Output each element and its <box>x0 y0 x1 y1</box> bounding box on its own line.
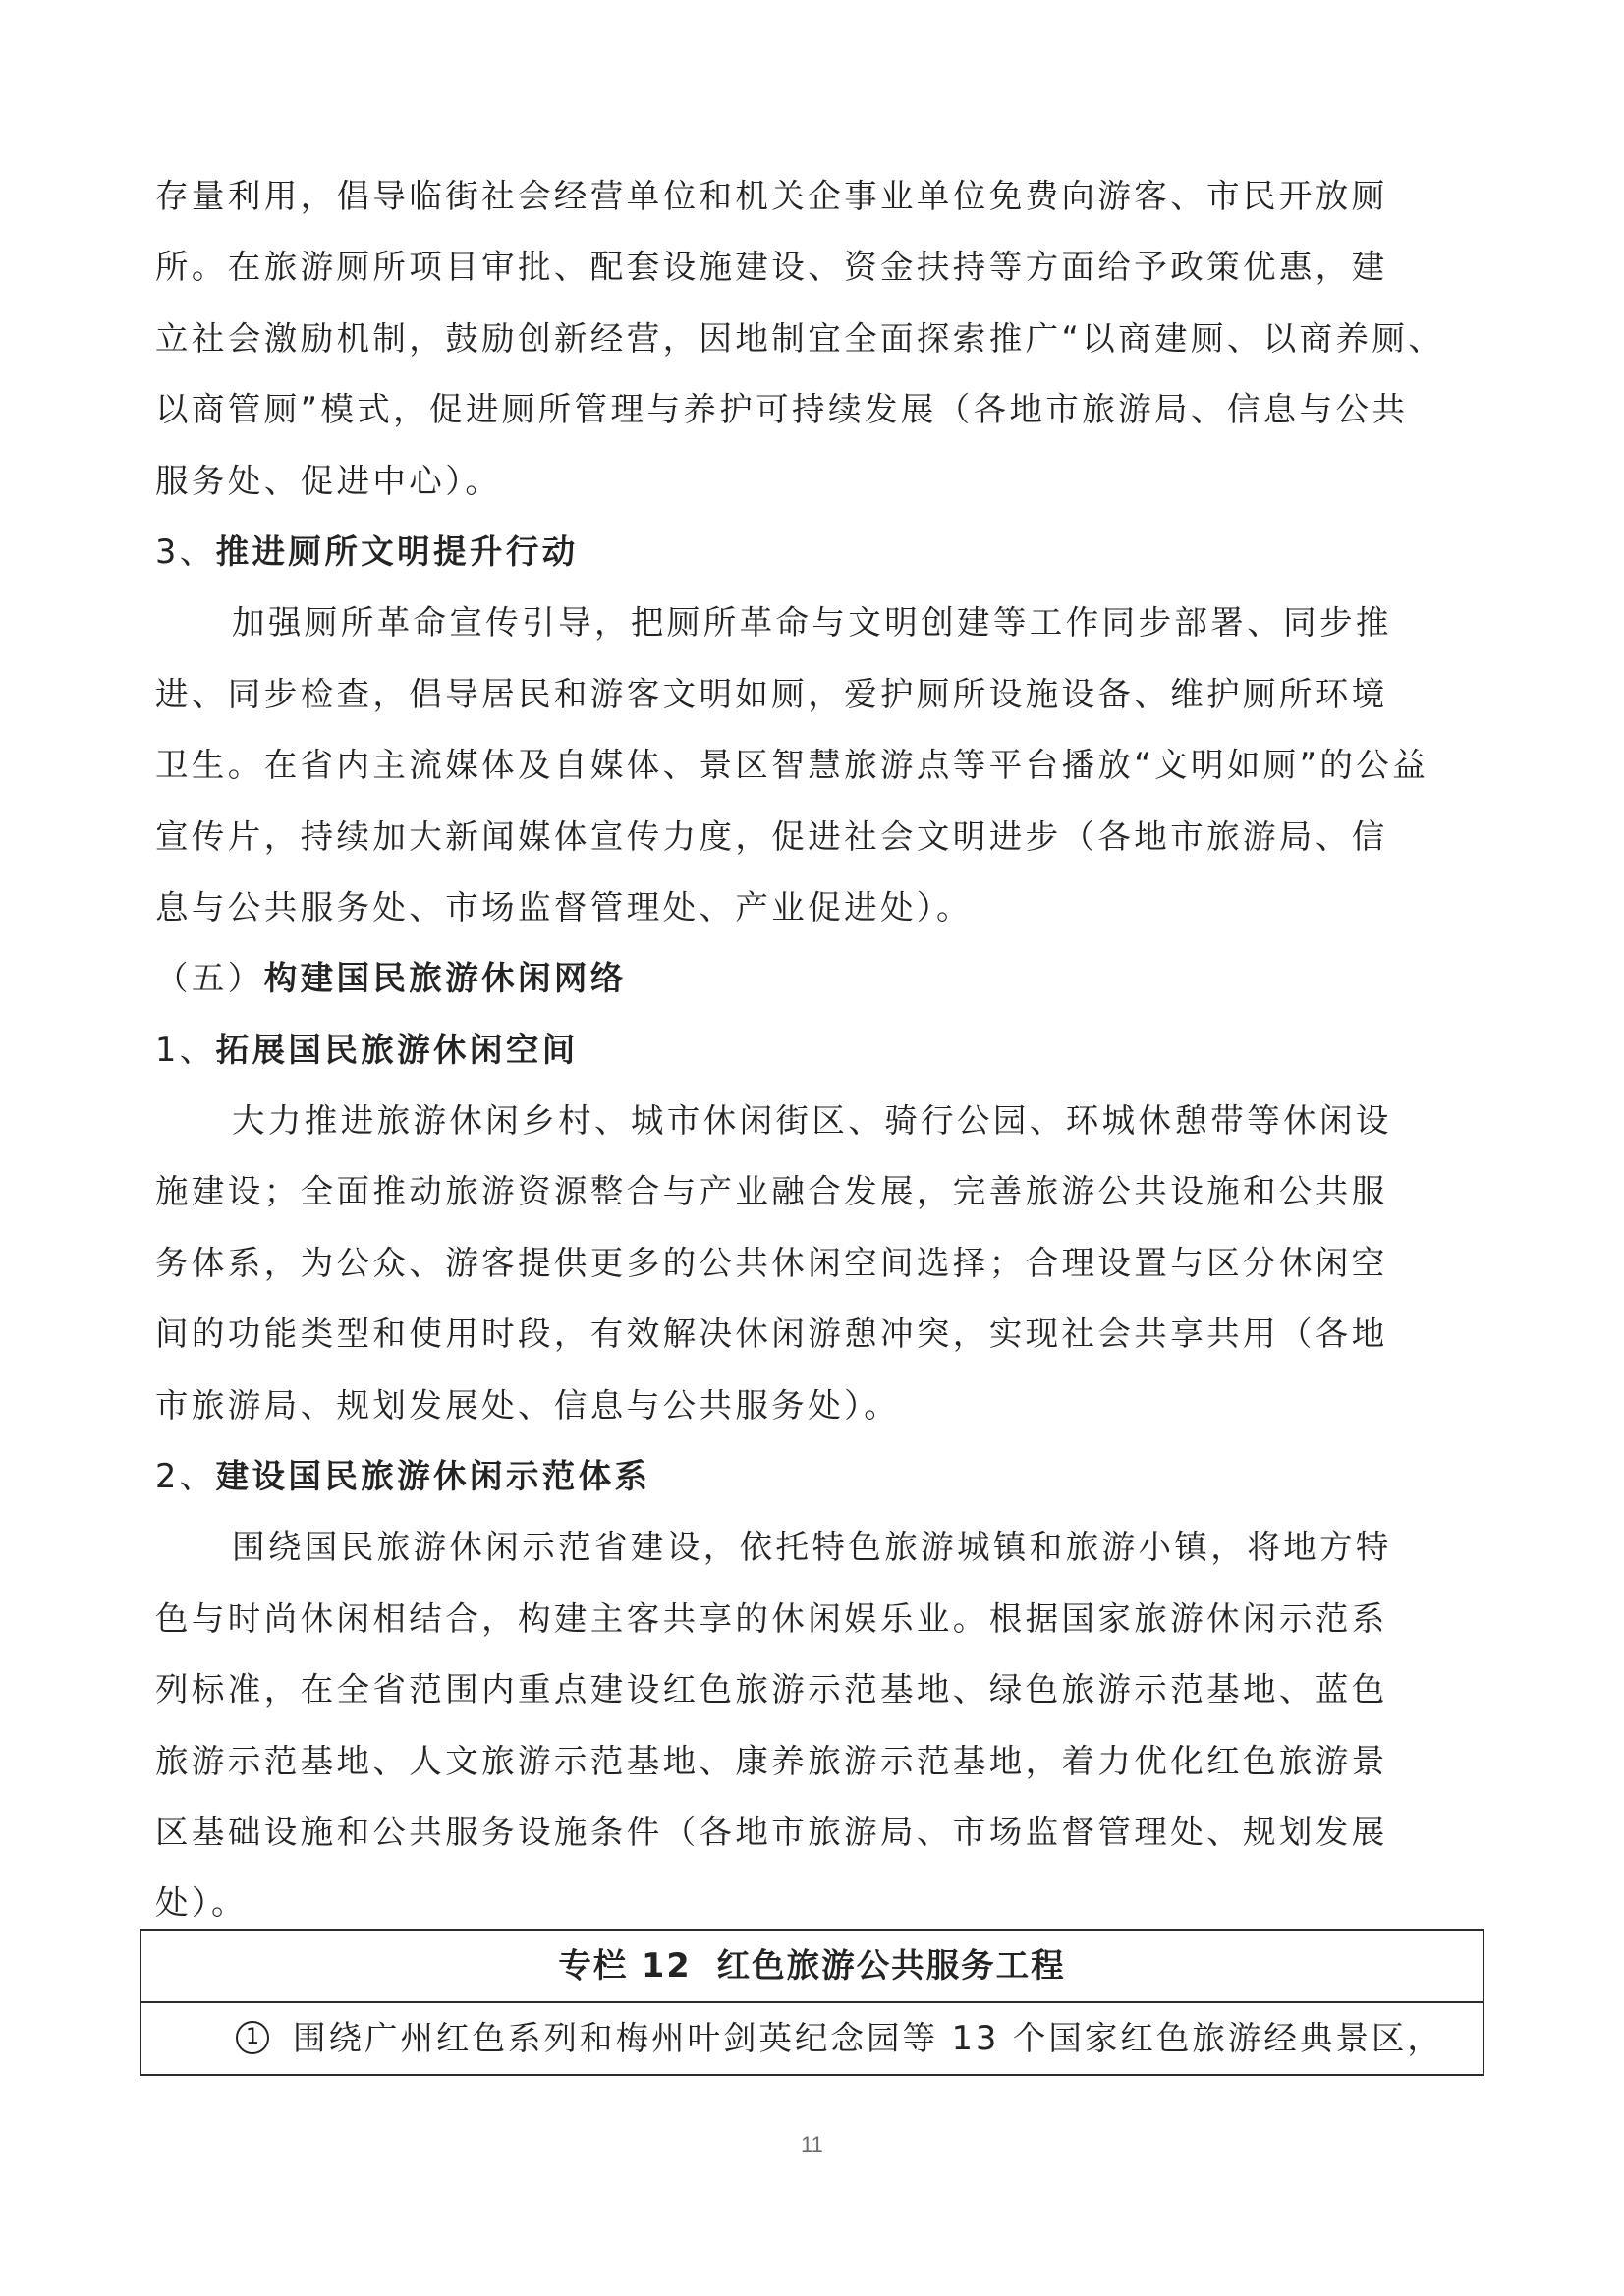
paragraph-line: 进、同步检查，倡导居民和游客文明如厕，爱护厕所设施设备、维护厕所环境 <box>155 659 1472 730</box>
heading-number: 3、 <box>155 532 216 571</box>
paragraph-line: 加强厕所革命宣传引导，把厕所革命与文明创建等工作同步部署、同步推 <box>155 588 1472 658</box>
paragraph-line: 施建设；全面推动旅游资源整合与产业融合发展，完善旅游公共设施和公共服 <box>155 1156 1472 1227</box>
paragraph-line: 息与公共服务处、市场监督管理处、产业促进处）。 <box>155 872 1472 943</box>
circled-number-icon: 1 <box>236 2021 269 2054</box>
section-heading-demo-system: 2、建设国民旅游休闲示范体系 <box>155 1441 1472 1512</box>
table-title-text: 红色旅游公共服务工程 <box>717 1946 1066 1985</box>
heading-text: 拓展国民旅游休闲空间 <box>216 1031 579 1069</box>
heading-text: 推进厕所文明提升行动 <box>216 532 579 571</box>
paragraph-line: 宣传片，持续加大新闻媒体宣传力度，促进社会文明进步（各地市旅游局、信 <box>155 802 1472 872</box>
paragraph-line: 所。在旅游厕所项目审批、配套设施建设、资金扶持等方面给予政策优惠，建 <box>155 232 1472 303</box>
table-title-prefix: 专栏 12 <box>558 1946 691 1985</box>
document-page: 存量利用，倡导临街社会经营单位和机关企事业单位免费向游客、市民开放厕 所。在旅游… <box>0 0 1624 2296</box>
section-heading-leisure-network: （五）构建国民旅游休闲网络 <box>155 943 1472 1014</box>
heading-text: 构建国民旅游休闲网络 <box>264 959 627 997</box>
table-row: 1围绕广州红色系列和梅州叶剑英纪念园等 13 个国家红色旅游经典景区， <box>141 2003 1483 2074</box>
paragraph-line: 以商管厕”模式，促进厕所管理与养护可持续发展（各地市旅游局、信息与公共 <box>155 374 1472 445</box>
section-heading-toilet-civility: 3、推进厕所文明提升行动 <box>155 517 1472 588</box>
heading-number: 1、 <box>155 1031 216 1069</box>
paragraph-line: 大力推进旅游休闲乡村、城市休闲街区、骑行公园、环城休憩带等休闲设 <box>155 1086 1472 1156</box>
heading-number: 2、 <box>155 1457 216 1495</box>
paragraph-line: 卫生。在省内主流媒体及自媒体、景区智慧旅游点等平台播放“文明如厕”的公益 <box>155 730 1472 801</box>
paragraph-line: 围绕国民旅游休闲示范省建设，依托特色旅游城镇和旅游小镇，将地方特 <box>155 1512 1472 1583</box>
feature-box-table: 专栏 12红色旅游公共服务工程 1围绕广州红色系列和梅州叶剑英纪念园等 13 个… <box>140 1929 1484 2076</box>
paragraph-line: 存量利用，倡导临街社会经营单位和机关企事业单位免费向游客、市民开放厕 <box>155 161 1472 232</box>
body-text: 存量利用，倡导临街社会经营单位和机关企事业单位免费向游客、市民开放厕 所。在旅游… <box>155 161 1472 1939</box>
paragraph-line: 务体系，为公众、游客提供更多的公共休闲空间选择；合理设置与区分休闲空 <box>155 1228 1472 1299</box>
paragraph-line: 服务处、促进中心）。 <box>155 446 1472 517</box>
paragraph-line: 列标准，在全省范围内重点建设红色旅游示范基地、绿色旅游示范基地、蓝色 <box>155 1654 1472 1725</box>
heading-text: 建设国民旅游休闲示范体系 <box>216 1457 651 1495</box>
paragraph-line: 色与时尚休闲相结合，构建主客共享的休闲娱乐业。根据国家旅游休闲示范系 <box>155 1584 1472 1654</box>
paragraph-line: 区基础设施和公共服务设施条件（各地市旅游局、市场监督管理处、规划发展 <box>155 1797 1472 1868</box>
paragraph-line: 立社会激励机制，鼓励创新经营，因地制宜全面探索推广“以商建厕、以商养厕、 <box>155 304 1472 374</box>
paragraph-line: 旅游示范基地、人文旅游示范基地、康养旅游示范基地，着力优化红色旅游景 <box>155 1726 1472 1797</box>
paragraph-line: 市旅游局、规划发展处、信息与公共服务处）。 <box>155 1371 1472 1441</box>
section-heading-leisure-space: 1、拓展国民旅游休闲空间 <box>155 1015 1472 1086</box>
heading-number: （五） <box>155 959 264 997</box>
paragraph-line: 间的功能类型和使用时段，有效解决休闲游憩冲突，实现社会共享共用（各地 <box>155 1299 1472 1370</box>
table-title: 专栏 12红色旅游公共服务工程 <box>141 1931 1483 2003</box>
page-number: 11 <box>0 2132 1624 2157</box>
table-row-text: 围绕广州红色系列和梅州叶剑英纪念园等 13 个国家红色旅游经典景区， <box>293 2019 1443 2057</box>
